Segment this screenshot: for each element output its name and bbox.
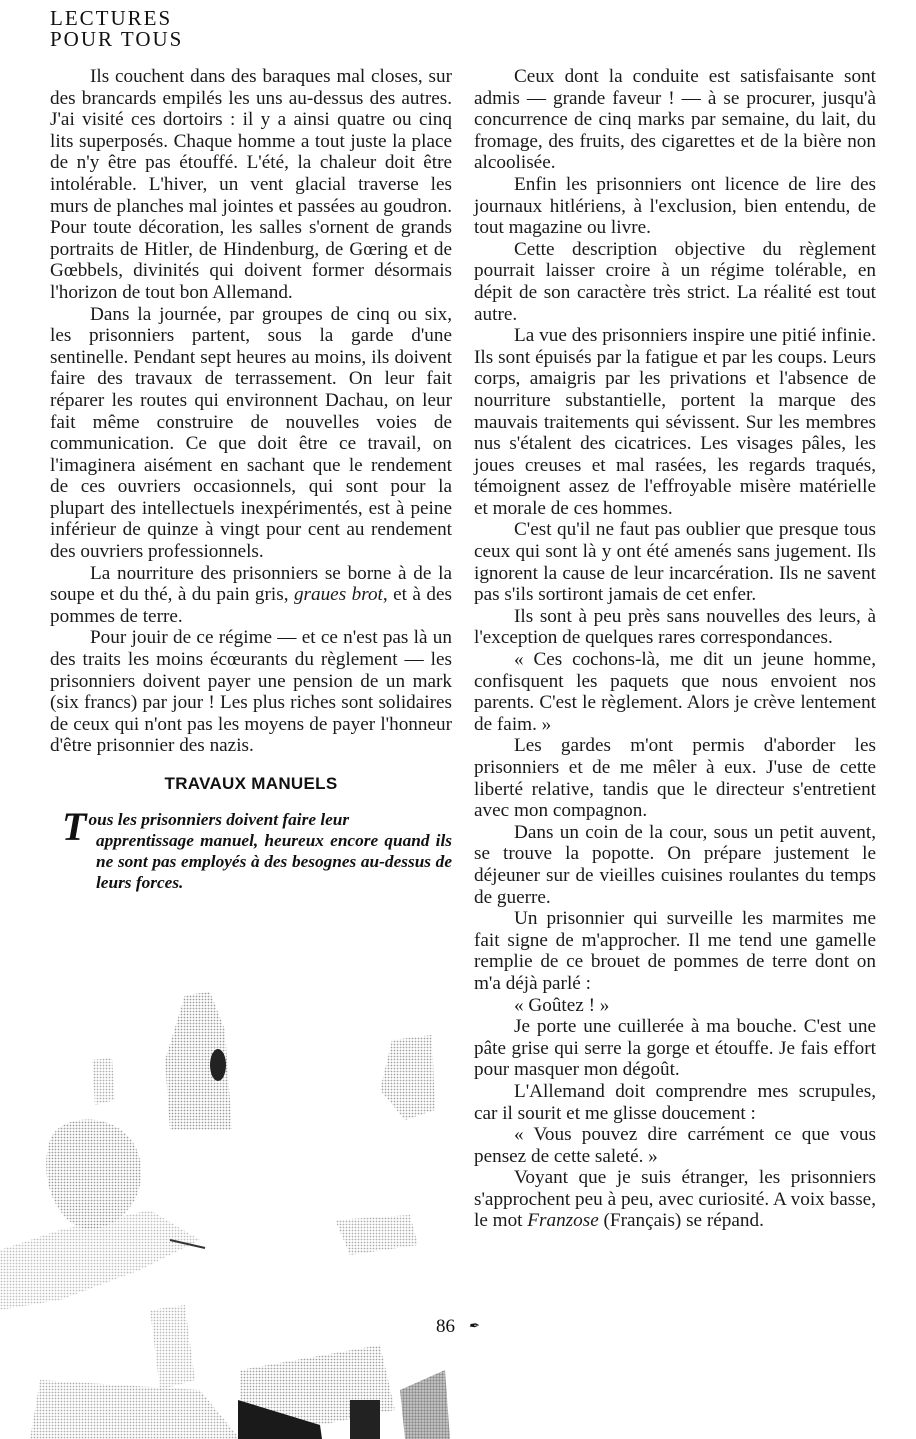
paragraph-last: Voyant que je suis étranger, les prisonn… <box>474 1167 876 1232</box>
quote-paragraph: « Goûtez ! » <box>474 995 876 1017</box>
printer-mark-icon: ✒ <box>468 1318 479 1334</box>
paragraph: Ils sont à peu près sans nouvelles des l… <box>474 606 876 649</box>
photo-caption: Tous les prisonniers doivent faire leur … <box>62 809 452 893</box>
paragraph-food: La nourriture des prisonniers se borne à… <box>50 563 452 628</box>
paragraph: Les gardes m'ont permis d'aborder les pr… <box>474 735 876 821</box>
page-number: 86 <box>436 1316 455 1338</box>
paragraph: Je porte une cuillerée à ma bouche. C'es… <box>474 1016 876 1081</box>
left-column: Ils couchent dans des baraques mal close… <box>50 66 452 893</box>
paragraph: Un prisonnier qui surveille les marmites… <box>474 908 876 994</box>
quote-paragraph: « Vous pouvez dire carrément ce que vous… <box>474 1124 876 1167</box>
halftone-photo <box>0 980 450 1439</box>
drop-cap: T <box>62 811 86 843</box>
paragraph: Ils couchent dans des baraques mal close… <box>50 66 452 304</box>
magazine-title-line1: LECTURES <box>50 8 183 29</box>
paragraph: C'est qu'il ne faut pas oublier que pres… <box>474 519 876 605</box>
paragraph: Cette description objective du règlement… <box>474 239 876 325</box>
paragraph: Enfin les prisonniers ont licence de lir… <box>474 174 876 239</box>
paragraph: La vue des prisonniers inspire une pitié… <box>474 325 876 519</box>
paragraph: L'Allemand doit comprendre mes scrupules… <box>474 1081 876 1124</box>
paragraph: Pour jouir de ce régime — et ce n'est pa… <box>50 627 452 757</box>
magazine-title-line2: POUR TOUS <box>50 29 183 50</box>
magazine-header: LECTURES POUR TOUS <box>50 8 183 50</box>
paragraph: Dans un coin de la cour, sous un petit a… <box>474 822 876 908</box>
italic-term: graues brot <box>294 584 383 605</box>
section-subheading: TRAVAUX MANUELS <box>50 773 452 795</box>
right-column: Ceux dont la conduite est satisfaisante … <box>474 66 876 1232</box>
photo-image <box>0 980 450 1439</box>
paragraph: Dans la journée, par groupes de cinq ou … <box>50 304 452 563</box>
quote-paragraph: « Ces cochons-là, me dit un jeune homme,… <box>474 649 876 735</box>
italic-term: Franzose <box>527 1210 598 1231</box>
paragraph: Ceux dont la conduite est satisfaisante … <box>474 66 876 174</box>
